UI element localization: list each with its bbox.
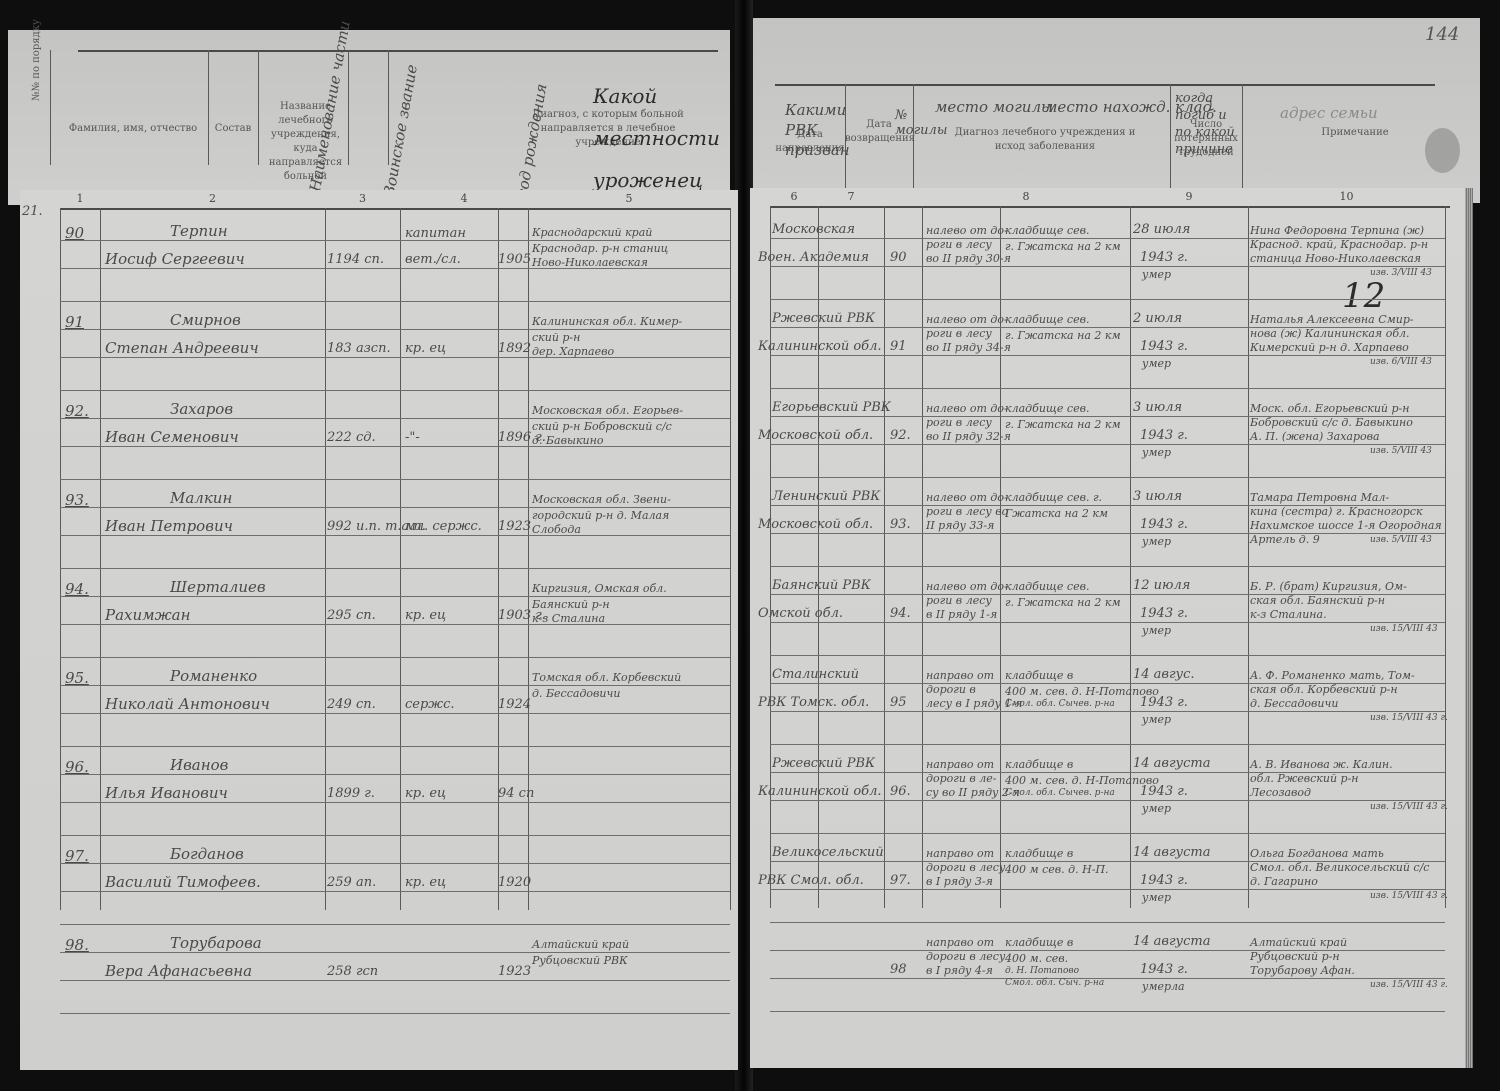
rvk-line-2: Калининской обл. [758, 339, 882, 354]
column-number: 10 [1248, 190, 1445, 203]
ledger-page-left: 21. 12345 90ТерпинИосиф Сергеевич1194 сп… [20, 190, 738, 1070]
given-names: Степан Андреевич [105, 339, 259, 357]
family-line-3: Кимерский р-н д. Харпаево [1250, 341, 1409, 354]
table-row: 98.ТорубароваВера Афанасьевна258 гсп1923… [20, 930, 738, 1019]
grave-place-1: направо от [926, 847, 994, 860]
header-col8-label: Диагноз лечебного учреждения и исход заб… [945, 126, 1145, 154]
header-col4-handwritten: Воинское звание [380, 63, 421, 198]
birth-year: 1920 [498, 875, 531, 890]
cemetery-line-2: 400 м. сев. д. Н-Потапово [1005, 685, 1159, 698]
birth-year: 1905 [498, 252, 531, 267]
column-number: 7 [818, 190, 884, 203]
row-number: 94. [65, 580, 89, 598]
unit: 259 ап. [327, 875, 376, 890]
row-number: 92. [65, 402, 89, 420]
death-date: 28 июля [1133, 222, 1190, 237]
unit: 1194 сп. [327, 252, 384, 267]
death-date: 2 июля [1133, 311, 1182, 326]
rank-b: вет./сл. [405, 252, 461, 267]
row-number: 93. [65, 491, 89, 509]
origin-line-1: Краснодарский край [532, 226, 652, 239]
header-col3-label: Состав [208, 122, 258, 136]
cemetery-line-1: кладбище в [1005, 669, 1073, 682]
table-row: ВеликосельскийРВК Смол. обл.97.направо о… [750, 839, 1465, 928]
notification-note: изв. 15/VIII 43 г. [1370, 891, 1448, 901]
origin-line-1: Алтайский край [532, 938, 629, 951]
family-line-2: Краснод. край, Краснодар. р-н [1250, 238, 1428, 251]
header-col2-label: Фамилия, имя, отчество [58, 122, 208, 136]
header-col9-handwritten: когда погиб и по какой причине [1175, 90, 1241, 158]
given-names: Василий Тимофеев. [105, 873, 261, 891]
grave-number: 96. [890, 784, 911, 799]
table-row: 90ТерпинИосиф Сергеевич1194 сп.капитанве… [20, 218, 738, 307]
origin-line-1: Московская обл. Егорьев- [532, 404, 683, 417]
family-line-2: нова (ж) Калининская обл. [1250, 327, 1410, 340]
grave-place-1: налево от до- [926, 224, 1008, 237]
grave-place-1: налево от до- [926, 402, 1008, 415]
family-line-4: Артель д. 9 [1250, 533, 1320, 546]
table-row: Егорьевский РВКМосковской обл.92.налево … [750, 394, 1465, 483]
grave-place-3: в II ряду 1-я [926, 608, 997, 621]
surname: Иванов [170, 756, 228, 774]
rvk-line-2: РВК Смол. обл. [758, 873, 864, 888]
death-year: 1943 г. [1140, 784, 1188, 799]
cause: умер [1142, 624, 1171, 637]
column-divider [50, 50, 51, 165]
origin-line-2: городский р-н д. Малая [532, 509, 669, 522]
family-line-1: Тамара Петровна Мал- [1250, 491, 1389, 504]
surname: Терпин [170, 222, 228, 240]
unit: 1899 г. [327, 786, 375, 801]
family-line-2: обл. Ржевский р-н [1250, 772, 1359, 785]
grave-number: 95 [890, 695, 907, 710]
row-number: 90 [65, 224, 84, 242]
family-line-2: кина (сестра) г. Красногорск [1250, 505, 1423, 518]
cemetery-line-1: кладбище сев. [1005, 580, 1090, 593]
column-number: 4 [400, 192, 528, 205]
ledger-page-right: 12 678910 МосковскаяВоен. Академия90нале… [750, 188, 1465, 1068]
rvk-line-2: Омской обл. [758, 606, 843, 621]
rvk-line-1: Баянский РВК [772, 578, 871, 593]
cemetery-line-2: г. Гжатска на 2 км [1005, 418, 1121, 431]
origin-line-3: д. Бавыкино [532, 434, 604, 447]
ink-stain [1425, 128, 1460, 173]
death-date: 14 авгус. [1133, 667, 1195, 682]
origin-line-1: Калининская обл. Кимер- [532, 315, 682, 328]
birth-year: 94 сп [498, 786, 534, 801]
surname: Романенко [170, 667, 257, 685]
death-date: 14 августа [1133, 845, 1210, 860]
family-line-3: Нахимское шоссе 1-я Огородная [1250, 519, 1442, 532]
grave-number: 98 [890, 962, 907, 977]
unit: 258 гсп [327, 964, 378, 979]
rvk-line-1: Ржевский РВК [772, 756, 875, 771]
column-number: 9 [1130, 190, 1248, 203]
grave-place-1: направо от [926, 669, 994, 682]
notification-note: изв. 15/VIII 43 г. [1370, 802, 1448, 812]
cemetery-line-2: г. Гжатска на 2 км [1005, 240, 1121, 253]
grave-number: 97. [890, 873, 911, 888]
family-line-2: ская обл. Баянский р-н [1250, 594, 1385, 607]
table-row: СталинскийРВК Томск. обл.95направо отдор… [750, 661, 1465, 750]
grave-number: 94. [890, 606, 911, 621]
rvk-line-1: Сталинский [772, 667, 859, 682]
notification-note: изв. 5/VIII 43 [1370, 446, 1432, 456]
origin-line-1: Московская обл. Звени- [532, 493, 671, 506]
grave-number: 91 [890, 339, 907, 354]
header-col10-handwritten: адрес семьи [1280, 104, 1378, 122]
unit: 183 азсп. [327, 341, 391, 356]
surname: Смирнов [170, 311, 241, 329]
column-divider [1242, 84, 1243, 196]
cause: умерла [1142, 980, 1185, 993]
rvk-line-1: Егорьевский РВК [772, 400, 891, 415]
grave-number: 90 [890, 250, 907, 265]
given-names: Иосиф Сергеевич [105, 250, 245, 268]
family-line-3: Торубарову Афан. [1250, 964, 1355, 977]
cemetery-line-3: д. Н. Потапово [1005, 966, 1079, 976]
rvk-line-1: Великосельский [772, 845, 884, 860]
death-date: 14 августа [1133, 756, 1210, 771]
family-line-2: Рубцовский р-н [1250, 950, 1340, 963]
rank-b: кр. ец [405, 608, 446, 623]
rvk-line-2: РВК Томск. обл. [758, 695, 869, 710]
death-date: 12 июля [1133, 578, 1190, 593]
margin-mark: 21. [22, 204, 43, 219]
grave-place-2: дороги в лесу [926, 861, 1005, 874]
family-line-1: Алтайский край [1250, 936, 1347, 949]
grave-place-2: роги в лесу во [926, 505, 1008, 518]
row-number: 95. [65, 669, 89, 687]
birth-year: 1924 [498, 697, 531, 712]
column-number: 2 [100, 192, 325, 205]
origin-line-2: ский р-н [532, 331, 580, 344]
table-row: 94.ШерталиевРахимжан295 сп.кр. ец1903 г.… [20, 574, 738, 663]
death-date: 3 июля [1133, 489, 1182, 504]
cemetery-line-2: 400 м. сев. д. Н-Потапово [1005, 774, 1159, 787]
origin-line-2: Рубцовский РВК [532, 954, 628, 967]
rank-b: кр. ец [405, 875, 446, 890]
table-row: 98направо отдороги в лесув I ряду 4-якла… [750, 928, 1465, 1017]
rank-b: -"- [405, 430, 420, 445]
table-row: 91СмирновСтепан Андреевич183 азсп.кр. ец… [20, 307, 738, 396]
cemetery-line-1: кладбище в [1005, 847, 1073, 860]
table-row: МосковскаяВоен. Академия90налево от до-р… [750, 216, 1465, 305]
rvk-line-2: Калининской обл. [758, 784, 882, 799]
cause: умер [1142, 535, 1171, 548]
table-row: 97.БогдановВасилий Тимофеев.259 ап.кр. е… [20, 841, 738, 930]
grave-place-3: во II ряду 34-я [926, 341, 1011, 354]
header-col6-handwritten: Какими РВК призван [785, 100, 855, 160]
origin-line-1: Киргизия, Омская обл. [532, 582, 667, 595]
rvk-line-1: Ржевский РВК [772, 311, 875, 326]
row-number: 97. [65, 847, 89, 865]
cemetery-line-4: Смол. обл. Сыч. р-на [1005, 978, 1104, 988]
rank-b: кр. ец [405, 341, 446, 356]
rank-b: сержс. [405, 697, 455, 712]
grave-place-3: в I ряду 4-я [926, 964, 993, 977]
grave-place-3: II ряду 33-я [926, 519, 994, 532]
grave-number: 93. [890, 517, 911, 532]
origin-line-2: ский р-н Бобровский с/с [532, 420, 672, 433]
family-line-2: ская обл. Корбевский р-н [1250, 683, 1398, 696]
grave-place-2: роги в лесу [926, 416, 992, 429]
birth-year: 1892 [498, 341, 531, 356]
unit: 295 сп. [327, 608, 376, 623]
cemetery-line-2: г. Гжатска на 2 км [1005, 329, 1121, 342]
header-rule [78, 50, 718, 52]
cemetery-line-1: кладбище сев. [1005, 402, 1090, 415]
unit: 222 сд. [327, 430, 376, 445]
birth-year: 1923 [498, 519, 531, 534]
family-line-1: А. Ф. Романенко мать, Том- [1250, 669, 1415, 682]
table-row: 95.РоманенкоНиколай Антонович249 сп.серж… [20, 663, 738, 752]
surname: Малкин [170, 489, 232, 507]
origin-line-2: Баянский р-н [532, 598, 610, 611]
column-divider [208, 50, 209, 165]
origin-line-2: Краснодар. р-н станиц [532, 242, 668, 255]
header-col1-label: №№ по порядку [30, 0, 44, 120]
cause: умер [1142, 357, 1171, 370]
origin-line-3: к-з Сталина [532, 612, 605, 625]
cemetery-line-2: 400 м. сев. [1005, 952, 1068, 965]
family-line-2: Бобровский с/с д. Бавыкино [1250, 416, 1413, 429]
cemetery-line-1: кладбище в [1005, 936, 1073, 949]
grave-place-1: налево от до- [926, 313, 1008, 326]
death-date: 3 июля [1133, 400, 1182, 415]
rank-a: капитан [405, 226, 466, 241]
column-number: 5 [528, 192, 730, 205]
grave-place-1: направо от [926, 936, 994, 949]
grave-place-3: во II ряду 32-я [926, 430, 1011, 443]
row-number: 96. [65, 758, 89, 776]
page-edges [1465, 188, 1473, 1068]
given-names: Иван Петрович [105, 517, 233, 535]
grave-place-1: налево от до- [926, 491, 1008, 504]
table-row: Ржевский РВККалининской обл.96.направо о… [750, 750, 1465, 839]
notification-note: изв. 6/VIII 43 [1370, 357, 1432, 367]
death-year: 1943 г. [1140, 517, 1188, 532]
cause: умер [1142, 446, 1171, 459]
grave-place-1: направо от [926, 758, 994, 771]
given-names: Николай Антонович [105, 695, 270, 713]
death-year: 1943 г. [1140, 606, 1188, 621]
given-names: Иван Семенович [105, 428, 239, 446]
cause: умер [1142, 891, 1171, 904]
table-row: 92.ЗахаровИван Семенович222 сд.-"-1896 г… [20, 396, 738, 485]
unit: 249 сп. [327, 697, 376, 712]
surname: Богданов [170, 845, 244, 863]
family-line-1: Моск. обл. Егорьевский р-н [1250, 402, 1410, 415]
cemetery-line-1: кладбище в [1005, 758, 1073, 771]
page-number: 144 [1425, 24, 1459, 45]
grave-place-2: дороги в ле- [926, 772, 997, 785]
table-row: 96.ИвановИлья Иванович1899 г.кр. ец94 сп [20, 752, 738, 841]
grave-place-3: в I ряду 3-я [926, 875, 993, 888]
origin-line-1: Томская обл. Корбевский [532, 671, 681, 684]
death-year: 1943 г. [1140, 339, 1188, 354]
family-line-1: Ольга Богданова мать [1250, 847, 1384, 860]
grave-place-2: дороги в лесу [926, 950, 1005, 963]
death-year: 1943 г. [1140, 428, 1188, 443]
cemetery-line-1: кладбище сев. [1005, 313, 1090, 326]
birth-year: 1923 [498, 964, 531, 979]
death-year: 1943 г. [1140, 873, 1188, 888]
death-year: 1943 г. [1140, 695, 1188, 710]
grave-place-2: дороги в [926, 683, 976, 696]
surname: Торубарова [170, 934, 262, 952]
column-number: 8 [922, 190, 1130, 203]
rvk-line-1: Московская [772, 222, 855, 237]
cause: умер [1142, 268, 1171, 281]
family-line-3: к-з Сталина. [1250, 608, 1327, 621]
notification-note: изв. 15/VIII 43 г. [1370, 713, 1448, 723]
column-number: 3 [325, 192, 400, 205]
grave-number: 92. [890, 428, 911, 443]
rvk-line-1: Ленинский РВК [772, 489, 880, 504]
table-row: 93.МалкинИван Петрович992 и.п. т.а.п.мл.… [20, 485, 738, 574]
family-line-3: д. Гагарино [1250, 875, 1318, 888]
column-number-rule [770, 206, 1450, 208]
given-names: Рахимжан [105, 606, 190, 624]
rank-b: кр. ец [405, 786, 446, 801]
column-number: 6 [770, 190, 818, 203]
table-row: Ржевский РВККалининской обл.91налево от … [750, 305, 1465, 394]
column-divider [258, 50, 259, 165]
given-names: Вера Афанасьевна [105, 962, 252, 980]
origin-line-2: д. Бессадовичи [532, 687, 620, 700]
notification-note: изв. 3/VIII 43 [1370, 268, 1432, 278]
cause: умер [1142, 713, 1171, 726]
death-date: 14 августа [1133, 934, 1210, 949]
grave-place-2: роги в лесу [926, 327, 992, 340]
cemetery-line-2: г. Гжатска на 2 км [1005, 596, 1121, 609]
family-line-3: А. П. (жена) Захарова [1250, 430, 1380, 443]
table-row: Баянский РВКОмской обл.94.налево от до-р… [750, 572, 1465, 661]
header-col10-label: Примечание [1255, 126, 1455, 140]
cemetery-line-1: кладбище сев. [1005, 224, 1090, 237]
column-divider [348, 50, 349, 165]
family-line-3: д. Бессадовичи [1250, 697, 1338, 710]
notification-note: изв. 5/VIII 43 [1370, 535, 1432, 545]
family-line-1: Б. Р. (брат) Киргизия, Ом- [1250, 580, 1407, 593]
header-rule [775, 84, 1435, 86]
grave-place-2: роги в лесу [926, 594, 992, 607]
family-line-3: Лесозавод [1250, 786, 1311, 799]
given-names: Илья Иванович [105, 784, 228, 802]
cemetery-line-1: кладбище сев. г. [1005, 491, 1102, 504]
rvk-line-2: Воен. Академия [758, 250, 869, 265]
rvk-line-2: Московской обл. [758, 517, 873, 532]
origin-line-3: Слобода [532, 523, 581, 536]
notification-note: изв. 15/VIII 43 г. [1370, 980, 1448, 990]
family-line-1: Нина Федоровна Терпина (ж) [1250, 224, 1424, 237]
rvk-line-2: Московской обл. [758, 428, 873, 443]
cause: умер [1142, 802, 1171, 815]
death-year: 1943 г. [1140, 250, 1188, 265]
cemetery-line-2: Гжатска на 2 км [1005, 507, 1108, 520]
header-col5-handwritten: Какой местности уроженец [593, 75, 703, 201]
death-year: 1943 г. [1140, 962, 1188, 977]
cemetery-line-3: Смол. обл. Сычев. р-на [1005, 788, 1115, 798]
row-number: 91 [65, 313, 84, 331]
family-line-1: А. В. Иванова ж. Калин. [1250, 758, 1393, 771]
header-page-left: №№ по порядку Фамилия, имя, отчество Сос… [8, 30, 730, 205]
grave-place-3: во II ряду 30-я [926, 252, 1011, 265]
column-number: 1 [60, 192, 100, 205]
header-page-right: 144 Дата направления Дата возвращения Ди… [745, 18, 1480, 203]
origin-line-3: дер. Харпаево [532, 345, 614, 358]
table-row: Ленинский РВКМосковской обл.93.налево от… [750, 483, 1465, 572]
rank-b: мл. сержс. [405, 519, 482, 534]
family-line-1: Наталья Алексеевна Смир- [1250, 313, 1414, 326]
surname: Захаров [170, 400, 233, 418]
notification-note: изв. 15/VIII 43 [1370, 624, 1438, 634]
family-line-3: станица Ново-Николаевская [1250, 252, 1421, 265]
grave-place-2: роги в лесу [926, 238, 992, 251]
cemetery-line-2: 400 м сев. д. Н-П. [1005, 863, 1109, 876]
header-col8-handwritten-a: место могилы [935, 98, 1053, 116]
header-col7-handwritten: № могилы [895, 108, 925, 138]
cemetery-line-3: Смол. обл. Сычев. р-на [1005, 699, 1115, 709]
family-line-2: Смол. обл. Великосельский с/с [1250, 861, 1429, 874]
row-number: 98. [65, 936, 89, 954]
surname: Шерталиев [170, 578, 266, 596]
column-number-rule [60, 208, 730, 210]
origin-line-3: Ново-Николаевская [532, 256, 648, 269]
grave-place-1: налево от до- [926, 580, 1008, 593]
